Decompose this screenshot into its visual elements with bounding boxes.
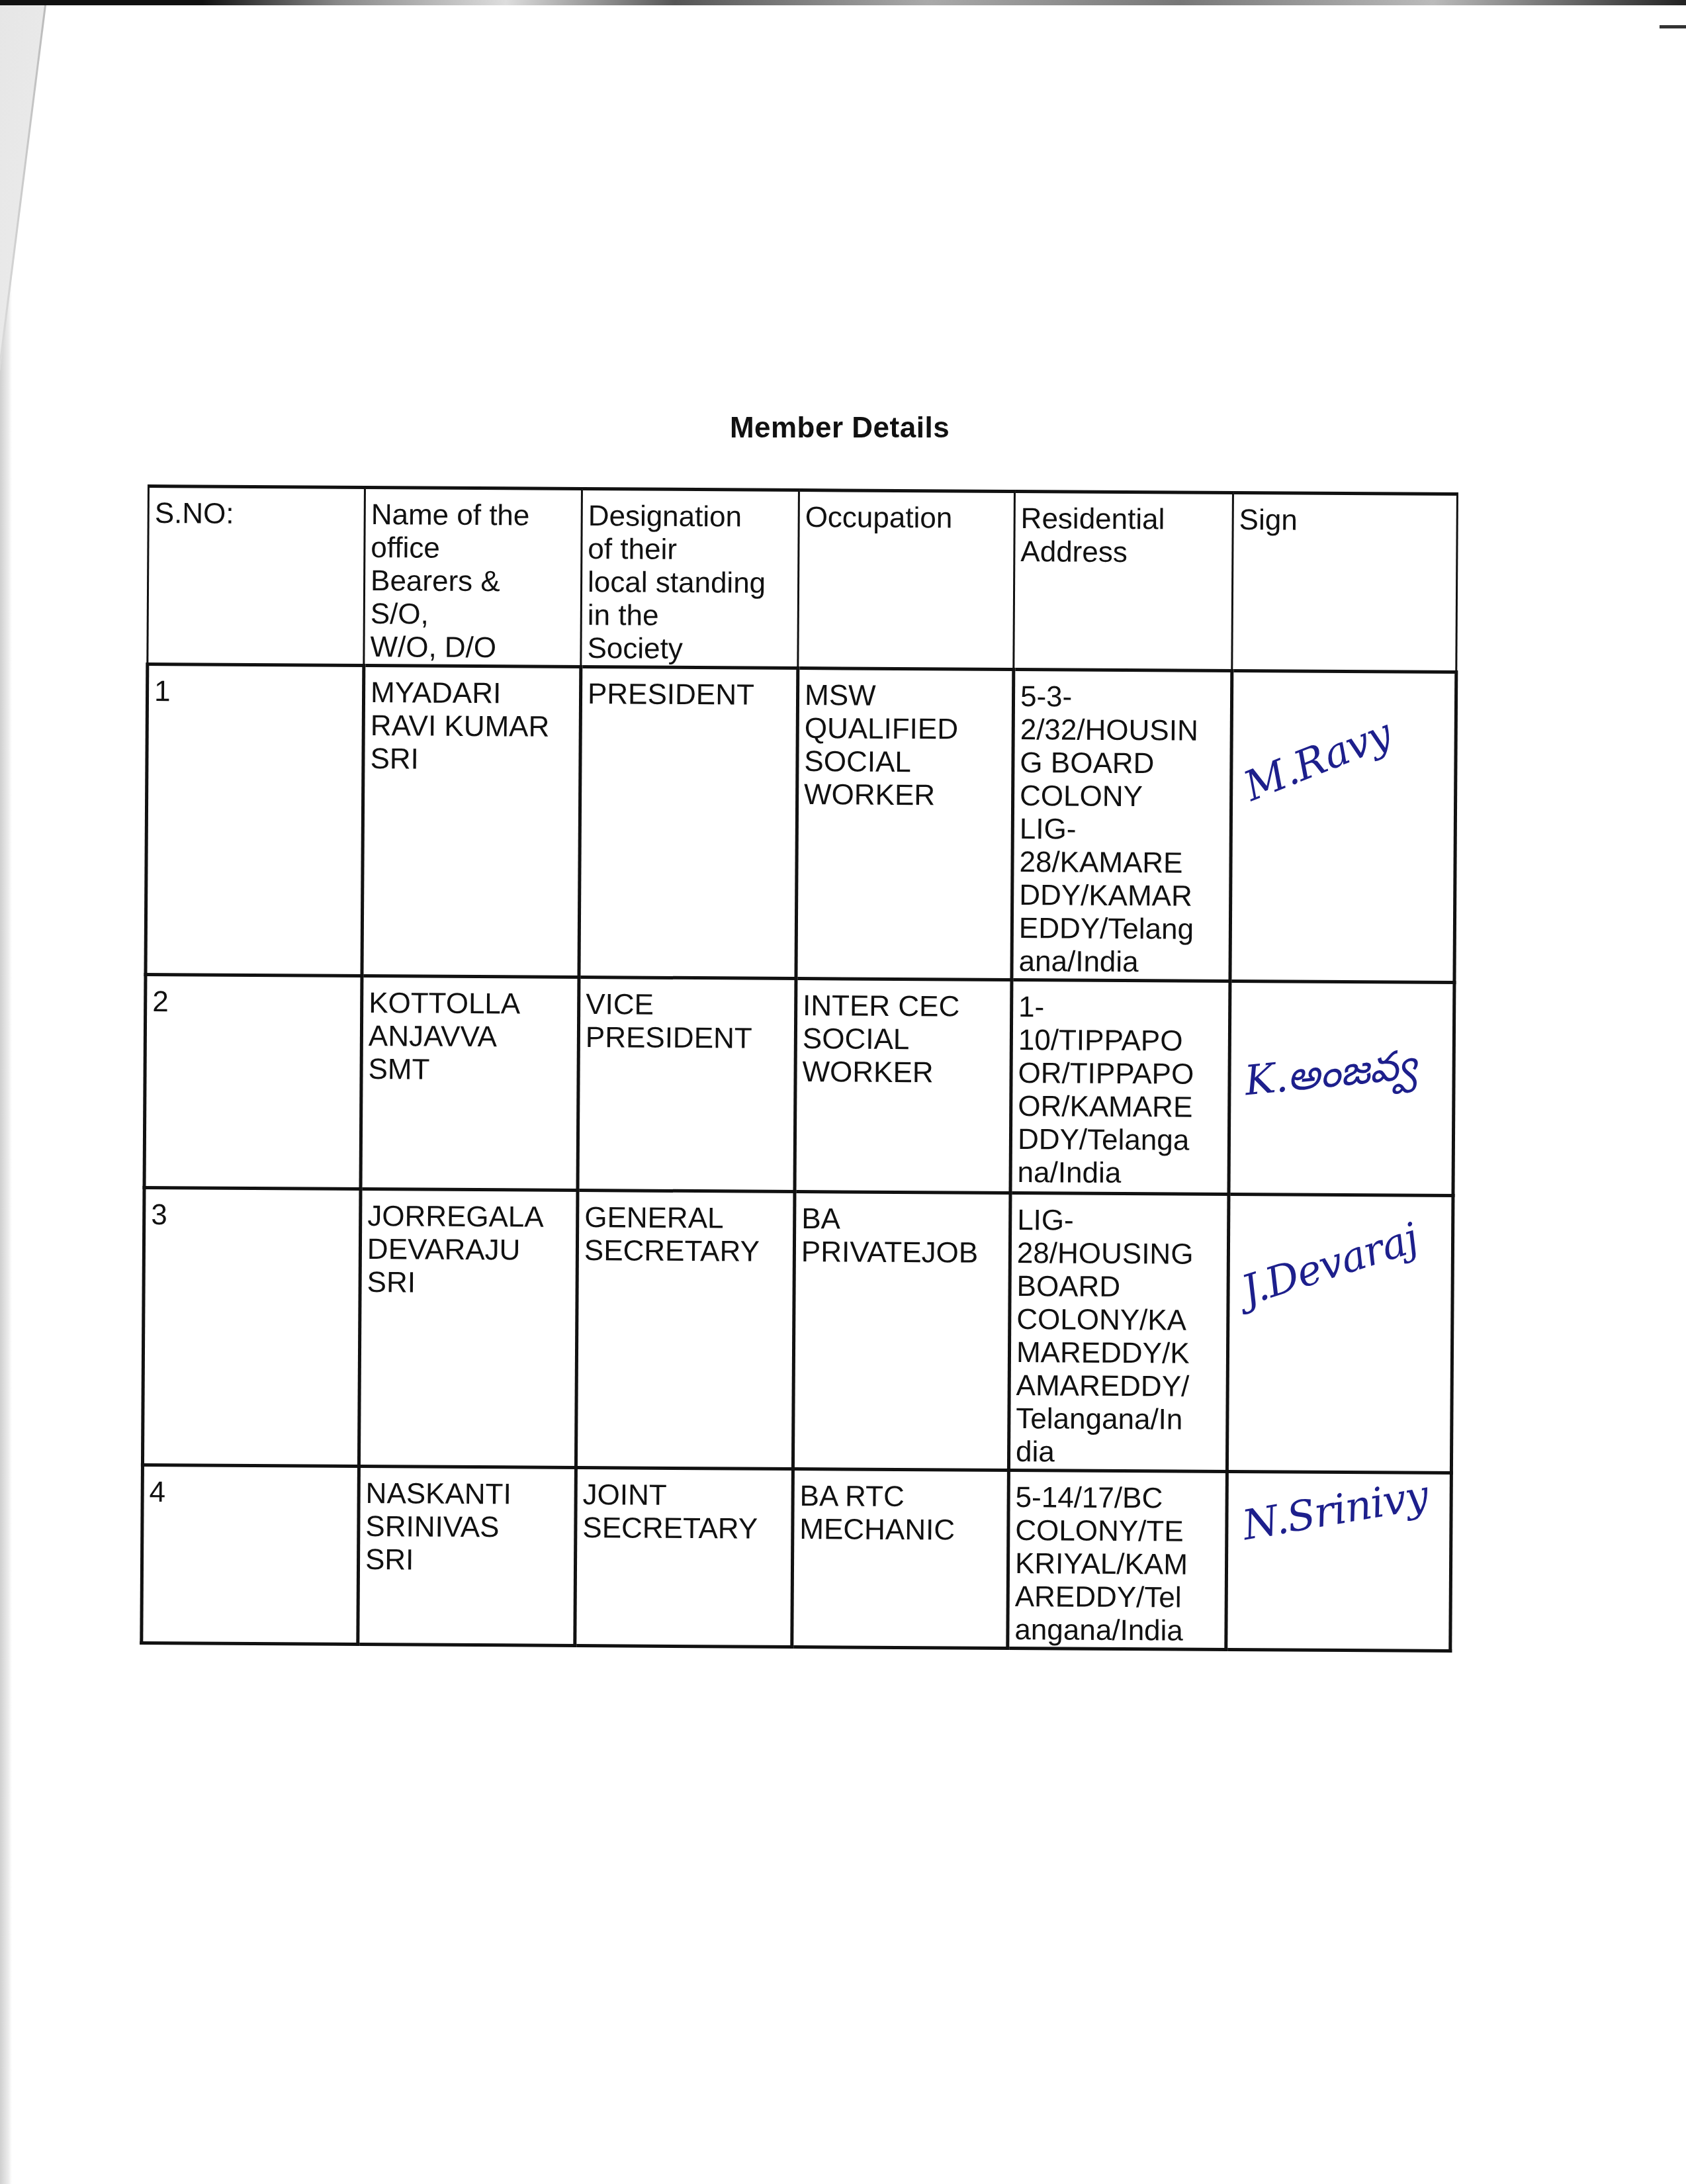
cell-line: SRI (367, 1266, 570, 1300)
cell-line: SRINIVAS (365, 1510, 568, 1545)
signature: J.Devaraj (1238, 1221, 1421, 1308)
cell-line: MAREDDY/K (1016, 1336, 1221, 1371)
cell-line: KOTTOLLA (369, 987, 572, 1021)
cell-line: SMT (368, 1053, 571, 1087)
cell-line: QUALIFIED (805, 712, 1006, 747)
cell-line: Telangana/In (1016, 1402, 1220, 1437)
cell-line: COLONY (1020, 780, 1224, 814)
cell-occupation: BAPRIVATEJOB (793, 1192, 1010, 1471)
cell-line: COLONY/KA (1016, 1303, 1221, 1338)
cell-line: KRIYAL/KAM (1015, 1547, 1220, 1582)
cell-occupation: INTER CECSOCIALWORKER (795, 979, 1012, 1193)
cell-line: Residential (1021, 502, 1227, 537)
scan-mark-right (1660, 25, 1686, 28)
cell-line: BOARD (1016, 1270, 1221, 1304)
cell-line: COLONY/TE (1015, 1514, 1220, 1549)
cell-line: Name of the (371, 498, 576, 533)
signature: K.అంజవ్వ (1243, 1048, 1417, 1097)
scan-edge-top (0, 0, 1686, 5)
cell-line: ana/India (1018, 945, 1223, 979)
cell-line: EDDY/Telang (1019, 912, 1223, 946)
cell-line: 2/32/HOUSIN (1020, 713, 1225, 748)
cell-line: Designation (588, 500, 793, 534)
cell-line: LIG- (1020, 813, 1224, 847)
cell-line: SRI (365, 1543, 568, 1578)
cell-line: S/O, (371, 598, 575, 632)
cell-line: WORKER (804, 778, 1006, 813)
cell-line: SRI (370, 743, 573, 777)
cell-line: GENERAL (584, 1201, 787, 1236)
cell-line: W/O, D/O (370, 631, 574, 665)
cell-line: PRESIDENT (588, 678, 791, 712)
cell-address: 5-3-2/32/HOUSING BOARDCOLONYLIG-28/KAMAR… (1012, 670, 1232, 981)
cell-line: of their (588, 533, 792, 567)
cell-name: JORREGALADEVARAJUSRI (359, 1189, 578, 1467)
signature: N.Srinivy (1240, 1479, 1430, 1543)
cell-line: local standing (588, 566, 792, 600)
cell-line: WORKER (802, 1056, 1004, 1090)
cell-line: MECHANIC (799, 1513, 1001, 1547)
cell-line: Society (587, 632, 791, 666)
cell-line: OR/KAMARE (1018, 1090, 1222, 1124)
cell-designation: VICEPRESIDENT (578, 978, 796, 1192)
cell-designation: JOINTSECRETARY (575, 1467, 793, 1647)
cell-line: LIG- (1017, 1204, 1221, 1238)
cell-line: S.NO: (155, 497, 359, 531)
cell-sign: K.అంజవ్వ (1229, 981, 1454, 1196)
cell-line: 28/HOUSING (1017, 1237, 1221, 1271)
cell-line: DEVARAJU (367, 1233, 570, 1267)
cell-line: ANJAVVA (369, 1020, 572, 1054)
cell-sign: M.Ravy (1230, 671, 1456, 983)
cell-sno: 1 (146, 664, 364, 976)
cell-line: 1- (1018, 991, 1223, 1025)
header-designation: Designationof theirlocal standingin theS… (581, 489, 799, 668)
header-occupation: Occupation (798, 490, 1015, 670)
cell-sno: 4 (142, 1465, 359, 1644)
table-header-row: S.NO: Name of theofficeBearers &S/O,W/O,… (148, 486, 1458, 672)
cell-line: BA RTC (800, 1480, 1002, 1514)
cell-line: SECRETARY (582, 1512, 785, 1546)
cell-line: RAVI KUMAR (371, 709, 574, 744)
cell-line: Bearers & (371, 565, 575, 599)
cell-sign: N.Srinivy (1226, 1471, 1452, 1651)
cell-line: 5-3- (1020, 680, 1225, 715)
cell-line: dia (1016, 1435, 1220, 1470)
member-details-table: S.NO: Name of theofficeBearers &S/O,W/O,… (140, 484, 1459, 1653)
cell-name: KOTTOLLAANJAVVASMT (361, 976, 579, 1190)
cell-line: na/India (1018, 1156, 1222, 1191)
cell-line: AREDDY/Tel (1015, 1580, 1220, 1615)
cell-line: PRIVATEJOB (801, 1236, 1003, 1270)
signature: M.Ravy (1240, 716, 1395, 803)
cell-line: JORREGALA (367, 1200, 570, 1234)
cell-line: SOCIAL (804, 745, 1006, 780)
header-name: Name of theofficeBearers &S/O,W/O, D/O (364, 488, 582, 667)
cell-line: AMAREDDY/ (1016, 1369, 1221, 1404)
cell-name: NASKANTISRINIVASSRI (358, 1466, 576, 1645)
cell-line: MYADARI (371, 676, 574, 711)
cell-sno: 2 (144, 975, 362, 1189)
cell-address: LIG-28/HOUSINGBOARDCOLONY/KAMAREDDY/KAMA… (1008, 1193, 1229, 1471)
cell-designation: PRESIDENT (579, 667, 798, 979)
cell-line: angana/India (1014, 1614, 1219, 1648)
cell-occupation: MSWQUALIFIEDSOCIALWORKER (796, 668, 1014, 980)
cell-line: Sign (1239, 504, 1451, 538)
table-row: 3 JORREGALADEVARAJUSRI GENERALSECRETARY … (142, 1187, 1453, 1473)
cell-line: INTER CEC (803, 989, 1004, 1024)
cell-designation: GENERALSECRETARY (576, 1190, 795, 1469)
header-address: ResidentialAddress (1014, 492, 1233, 671)
cell-line: in the (588, 599, 792, 633)
cell-occupation: BA RTCMECHANIC (792, 1469, 1009, 1648)
cell-line: OR/TIPPAPO (1018, 1057, 1222, 1091)
table-row: 1 MYADARIRAVI KUMARSRI PRESIDENT MSWQUAL… (146, 664, 1456, 983)
cell-line: 28/KAMARE (1019, 846, 1223, 880)
cell-line: PRESIDENT (586, 1021, 789, 1056)
table-row: 4 NASKANTISRINIVASSRI JOINTSECRETARY BA … (142, 1465, 1452, 1651)
cell-line: 10/TIPPAPO (1018, 1024, 1223, 1058)
cell-sno: 3 (142, 1187, 361, 1466)
cell-sign: J.Devaraj (1227, 1195, 1453, 1473)
cell-line: VICE (586, 988, 789, 1023)
page-title: Member Details (0, 412, 1683, 445)
cell-line: Address (1020, 535, 1226, 570)
cell-address: 1-10/TIPPAPOOR/TIPPAPOOR/KAMAREDDY/Telan… (1010, 979, 1230, 1194)
cell-line: JOINT (583, 1479, 786, 1513)
cell-line: DDY/Telanga (1018, 1123, 1222, 1158)
cell-line: G BOARD (1020, 747, 1224, 781)
cell-line: BA (801, 1203, 1003, 1237)
cell-line: 5-14/17/BC (1016, 1481, 1220, 1516)
header-sno: S.NO: (148, 486, 365, 666)
table-row: 2 KOTTOLLAANJAVVASMT VICEPRESIDENT INTER… (144, 975, 1454, 1196)
cell-name: MYADARIRAVI KUMARSRI (362, 666, 581, 978)
cell-line: SOCIAL (803, 1023, 1004, 1057)
cell-line: office (371, 531, 575, 566)
cell-line: MSW (805, 679, 1006, 713)
cell-line: SECRETARY (584, 1234, 787, 1269)
cell-address: 5-14/17/BCCOLONY/TEKRIYAL/KAMAREDDY/Tela… (1008, 1470, 1227, 1649)
cell-line: DDY/KAMAR (1019, 879, 1223, 913)
header-sign: Sign (1232, 493, 1458, 672)
cell-line: Occupation (805, 501, 1008, 535)
cell-line: NASKANTI (366, 1477, 569, 1512)
